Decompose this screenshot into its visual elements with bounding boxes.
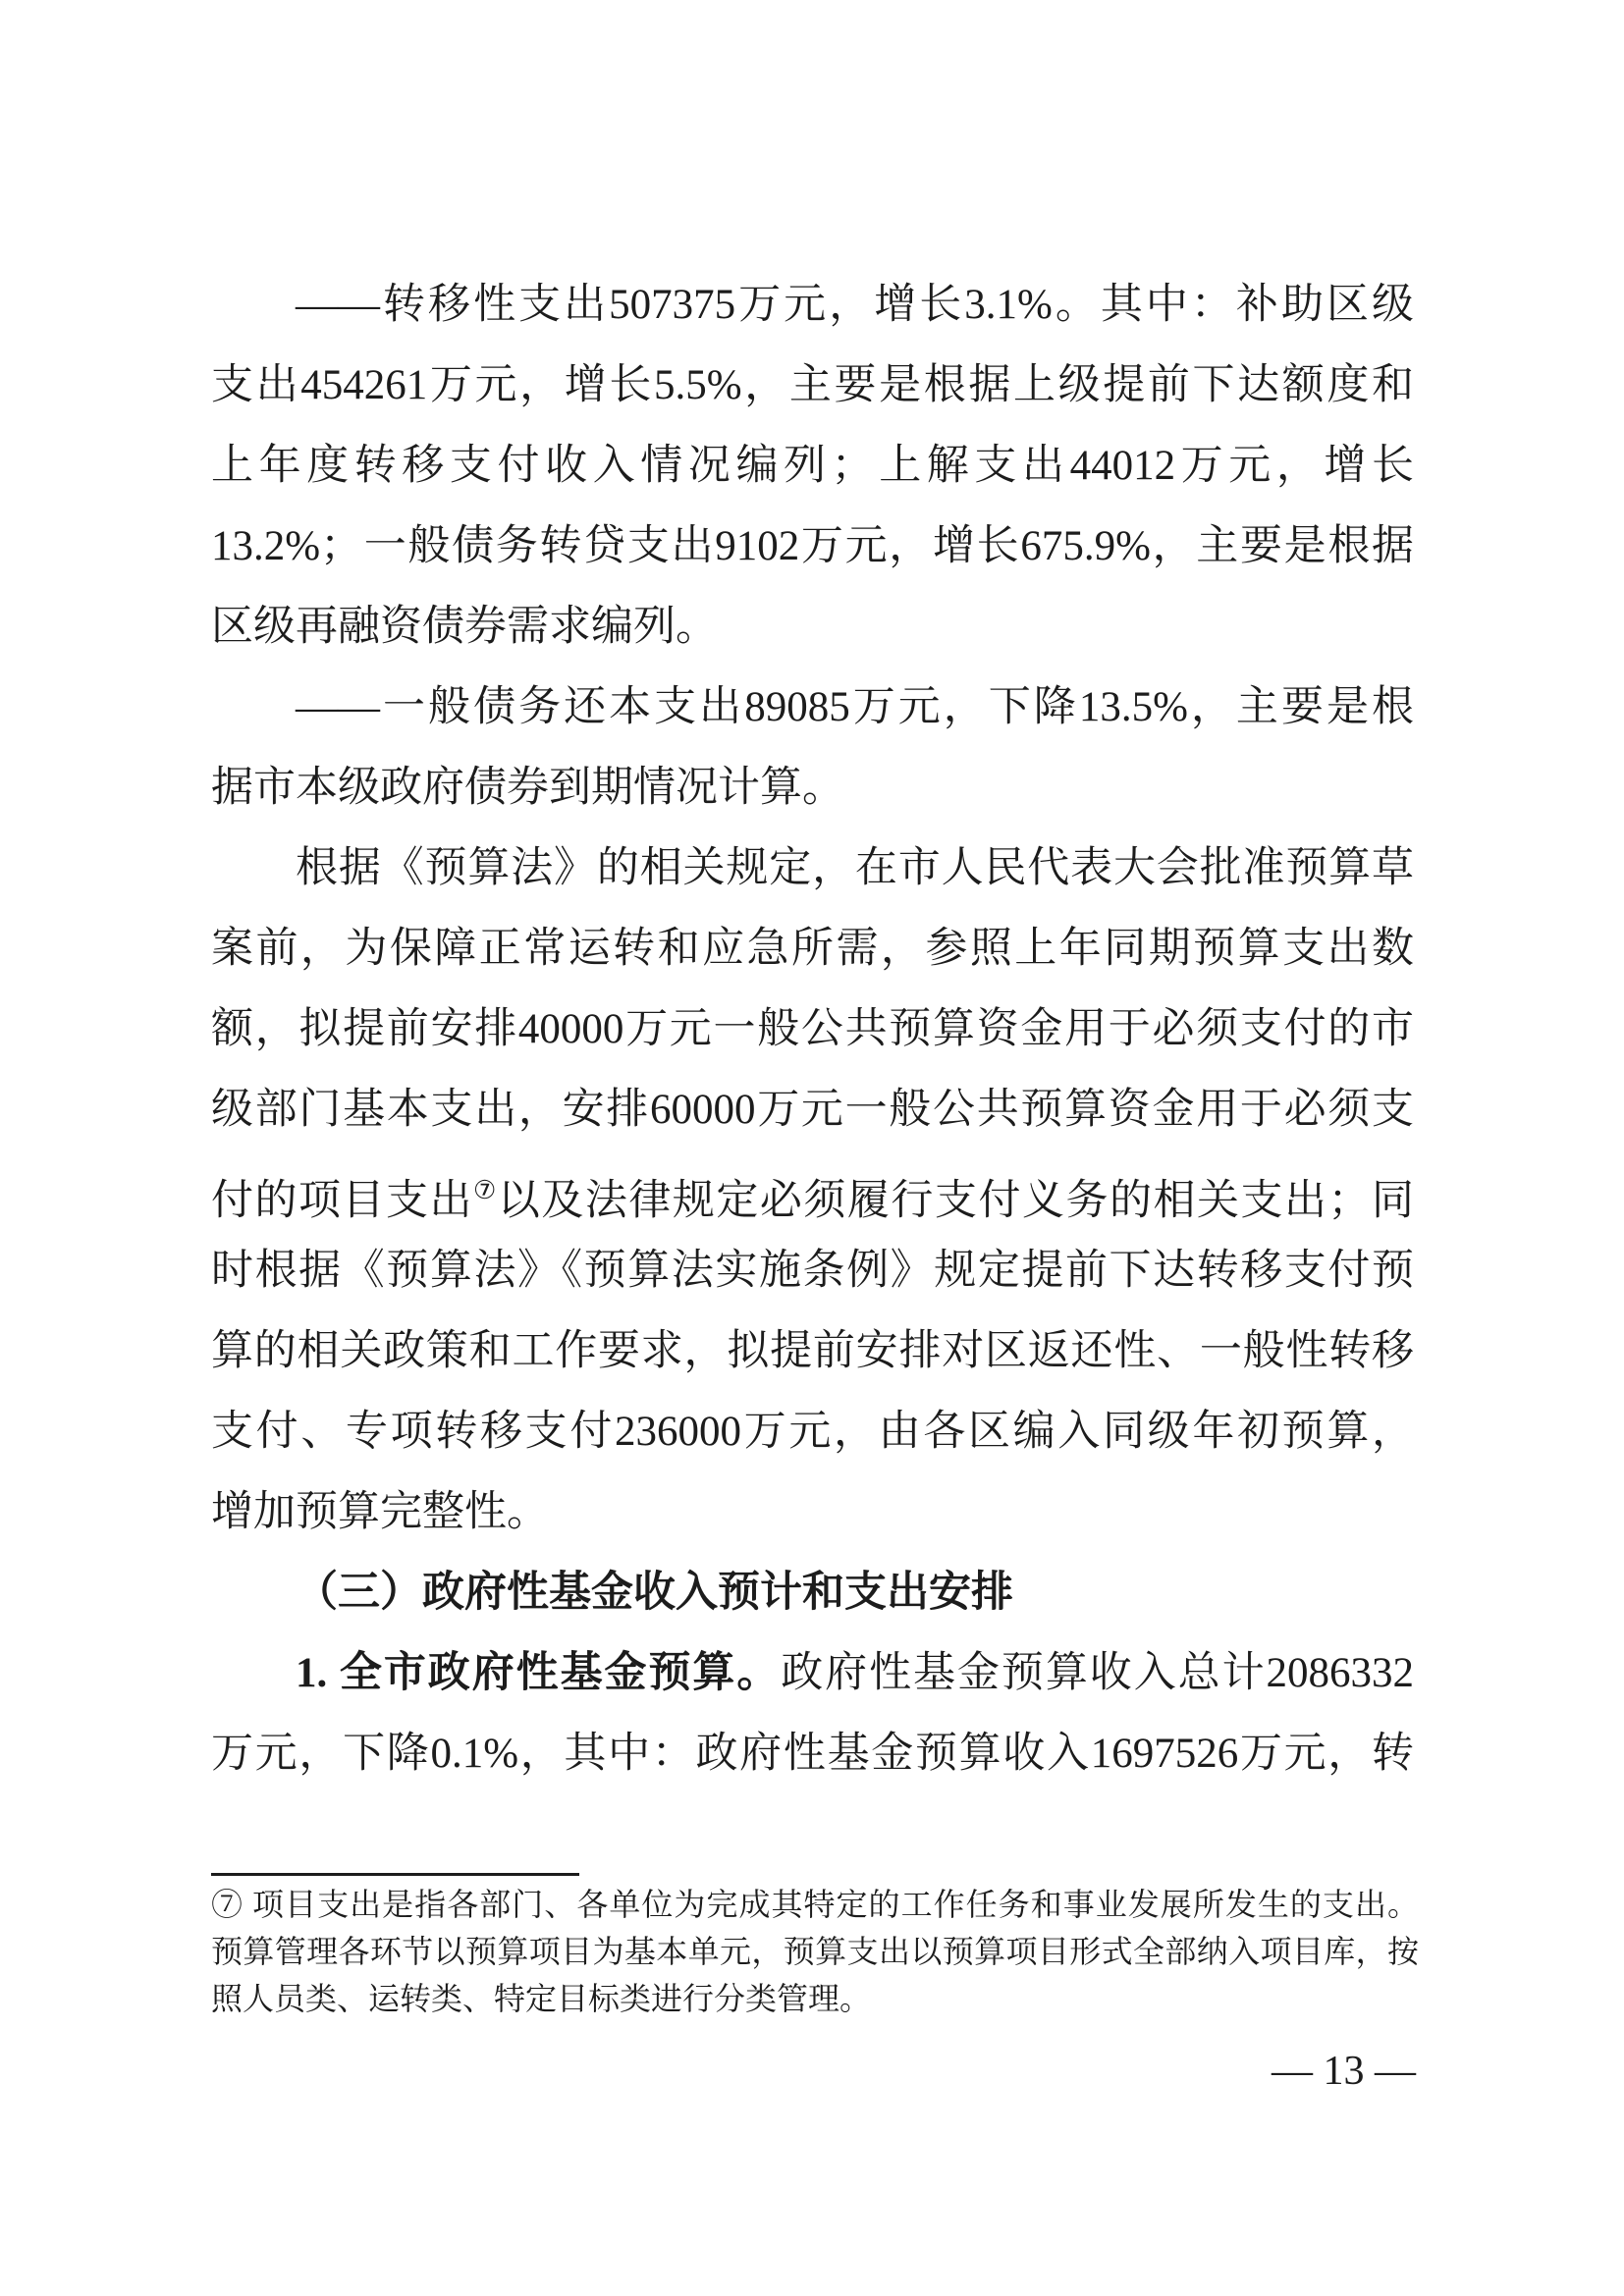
text-line: 13.2%；一般债务转贷支出9102万元，增长675.9%，主要是根据: [211, 507, 1414, 587]
text-line: 区级再融资债券需求编列。: [211, 587, 1414, 667]
text-segment: ⑦ 项目支出是指各部门、各单位为完成其特定的工作任务和事业发展所发生的支出。: [211, 1887, 1419, 1922]
text-segment: 算的相关政策和工作要求，拟提前安排对区返还性、一般性转移: [211, 1328, 1414, 1374]
text-segment: 预算管理各环节以预算项目为基本单元，预算支出以预算项目形式全部纳入项目库，按: [211, 1934, 1419, 1969]
text-segment: （三）政府性基金收入预计和支出安排: [296, 1570, 1013, 1616]
text-segment: 支付、专项转移支付236000万元，由各区编入同级年初预算，: [211, 1409, 1414, 1455]
text-line: 额，拟提前安排40000万元一般公共预算资金用于必须支付的市: [211, 989, 1414, 1070]
text-line: 增加预算完整性。: [211, 1472, 1414, 1553]
text-line: ⑦ 项目支出是指各部门、各单位为完成其特定的工作任务和事业发展所发生的支出。: [211, 1881, 1419, 1928]
text-segment: 政府性基金预算收入总计2086332: [781, 1650, 1414, 1696]
text-segment: 时根据《预算法》《预算法实施条例》规定提前下达转移支付预: [211, 1248, 1414, 1294]
text-line: 支付、专项转移支付236000万元，由各区编入同级年初预算，: [211, 1392, 1414, 1472]
text-segment: 支出454261万元，增长5.5%，主要是根据上级提前下达额度和: [211, 362, 1414, 408]
text-segment: 根据《预算法》的相关规定，在市人民代表大会批准预算草: [296, 845, 1414, 891]
text-line: （三）政府性基金收入预计和支出安排: [211, 1553, 1414, 1633]
text-line: 时根据《预算法》《预算法实施条例》规定提前下达转移支付预: [211, 1231, 1414, 1311]
footnotes: ⑦ 项目支出是指各部门、各单位为完成其特定的工作任务和事业发展所发生的支出。预算…: [211, 1881, 1419, 2022]
text-segment: 级部门基本支出，安排60000万元一般公共预算资金用于必须支: [211, 1087, 1414, 1133]
text-line: 1. 全市政府性基金预算。政府性基金预算收入总计2086332: [211, 1633, 1414, 1714]
text-line: 万元，下降0.1%，其中：政府性基金预算收入1697526万元，转: [211, 1714, 1414, 1794]
page-number-text: — 13 —: [1272, 2049, 1416, 2094]
text-line: ——一般债务还本支出89085万元，下降13.5%，主要是根: [211, 667, 1414, 748]
text-segment: 增加预算完整性。: [211, 1489, 549, 1535]
body-text: ——转移性支出507375万元，增长3.1%。其中：补助区级支出454261万元…: [211, 265, 1414, 1794]
text-segment: 照人员类、运转类、特定目标类进行分类管理。: [211, 1981, 871, 2016]
text-segment: 1. 全市政府性基金预算。: [296, 1650, 781, 1696]
text-line: 据市本级政府债券到期情况计算。: [211, 748, 1414, 828]
text-segment: 万元，下降0.1%，其中：政府性基金预算收入1697526万元，转: [211, 1731, 1414, 1777]
text-segment: 额，拟提前安排40000万元一般公共预算资金用于必须支付的市: [211, 1006, 1414, 1052]
text-segment: 案前，为保障正常运转和应急所需，参照上年同期预算支出数: [211, 926, 1414, 972]
footnote-ref-marker: ⑦: [473, 1176, 498, 1204]
text-segment: 13.2%；一般债务转贷支出9102万元，增长675.9%，主要是根据: [211, 523, 1414, 569]
text-line: 算的相关政策和工作要求，拟提前安排对区返还性、一般性转移: [211, 1311, 1414, 1392]
text-segment: 区级再融资债券需求编列。: [211, 604, 718, 650]
text-line: 支出454261万元，增长5.5%，主要是根据上级提前下达额度和: [211, 346, 1414, 426]
text-line: 照人员类、运转类、特定目标类进行分类管理。: [211, 1975, 1419, 2022]
text-line: ——转移性支出507375万元，增长3.1%。其中：补助区级: [211, 265, 1414, 346]
text-segment: ——转移性支出507375万元，增长3.1%。其中：补助区级: [296, 282, 1414, 328]
document-page: ——转移性支出507375万元，增长3.1%。其中：补助区级支出454261万元…: [0, 0, 1624, 2296]
text-line: 预算管理各环节以预算项目为基本单元，预算支出以预算项目形式全部纳入项目库，按: [211, 1928, 1419, 1975]
text-line: 级部门基本支出，安排60000万元一般公共预算资金用于必须支: [211, 1070, 1414, 1150]
text-line: 案前，为保障正常运转和应急所需，参照上年同期预算支出数: [211, 909, 1414, 989]
text-line: 付的项目支出⑦以及法律规定必须履行支付义务的相关支出；同: [211, 1150, 1414, 1231]
text-segment: 上年度转移支付收入情况编列；上解支出44012万元，增长: [211, 443, 1414, 489]
footnote-separator: [211, 1873, 579, 1876]
text-segment: 据市本级政府债券到期情况计算。: [211, 765, 844, 811]
text-segment: 以及法律规定必须履行支付义务的相关支出；同: [498, 1178, 1414, 1224]
text-segment: ——一般债务还本支出89085万元，下降13.5%，主要是根: [296, 684, 1414, 730]
page-number: — 13 —: [1272, 2048, 1416, 2095]
text-line: 上年度转移支付收入情况编列；上解支出44012万元，增长: [211, 426, 1414, 507]
text-segment: 付的项目支出: [211, 1178, 473, 1224]
text-line: 根据《预算法》的相关规定，在市人民代表大会批准预算草: [211, 828, 1414, 909]
